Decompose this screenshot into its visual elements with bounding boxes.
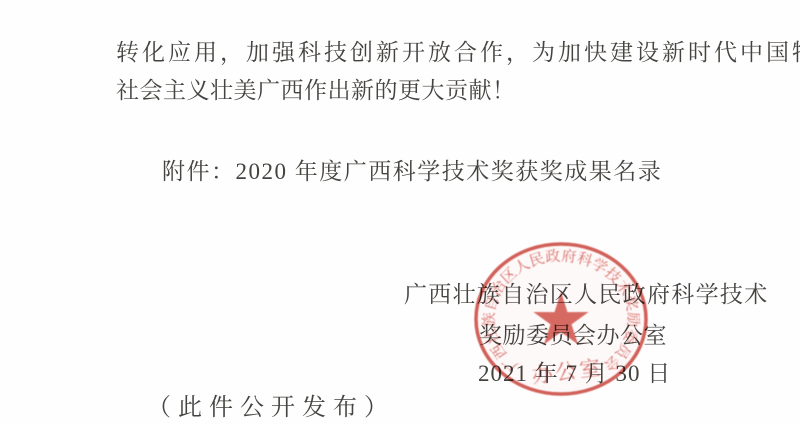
attachment-line: 附件：2020 年度广西科学技术奖获奖成果名录	[162, 160, 662, 183]
signature-org-line-2: 奖励委员会办公室	[479, 324, 667, 347]
public-release-note: （此件公开发布）	[147, 396, 395, 420]
svg-text:广西壮族自治区人民政府科学技术奖励委员会: 广西壮族自治区人民政府科学技术奖励委员会	[481, 248, 641, 375]
seal-ring-text: 广西壮族自治区人民政府科学技术奖励委员会	[481, 248, 641, 375]
document-page: 转化应用，加强科技创新开放合作，为加快建设新时代中国特色 社会主义壮美广西作出新…	[0, 0, 800, 425]
signature-org-line-1: 广西壮族自治区人民政府科学技术	[404, 283, 769, 306]
paragraph-line-2: 社会主义壮美广西作出新的更大贡献！	[116, 79, 516, 102]
signature-date: 2021 年 7 月 30 日	[478, 362, 671, 385]
paragraph-line-1: 转化应用，加强科技创新开放合作，为加快建设新时代中国特色	[116, 41, 800, 64]
